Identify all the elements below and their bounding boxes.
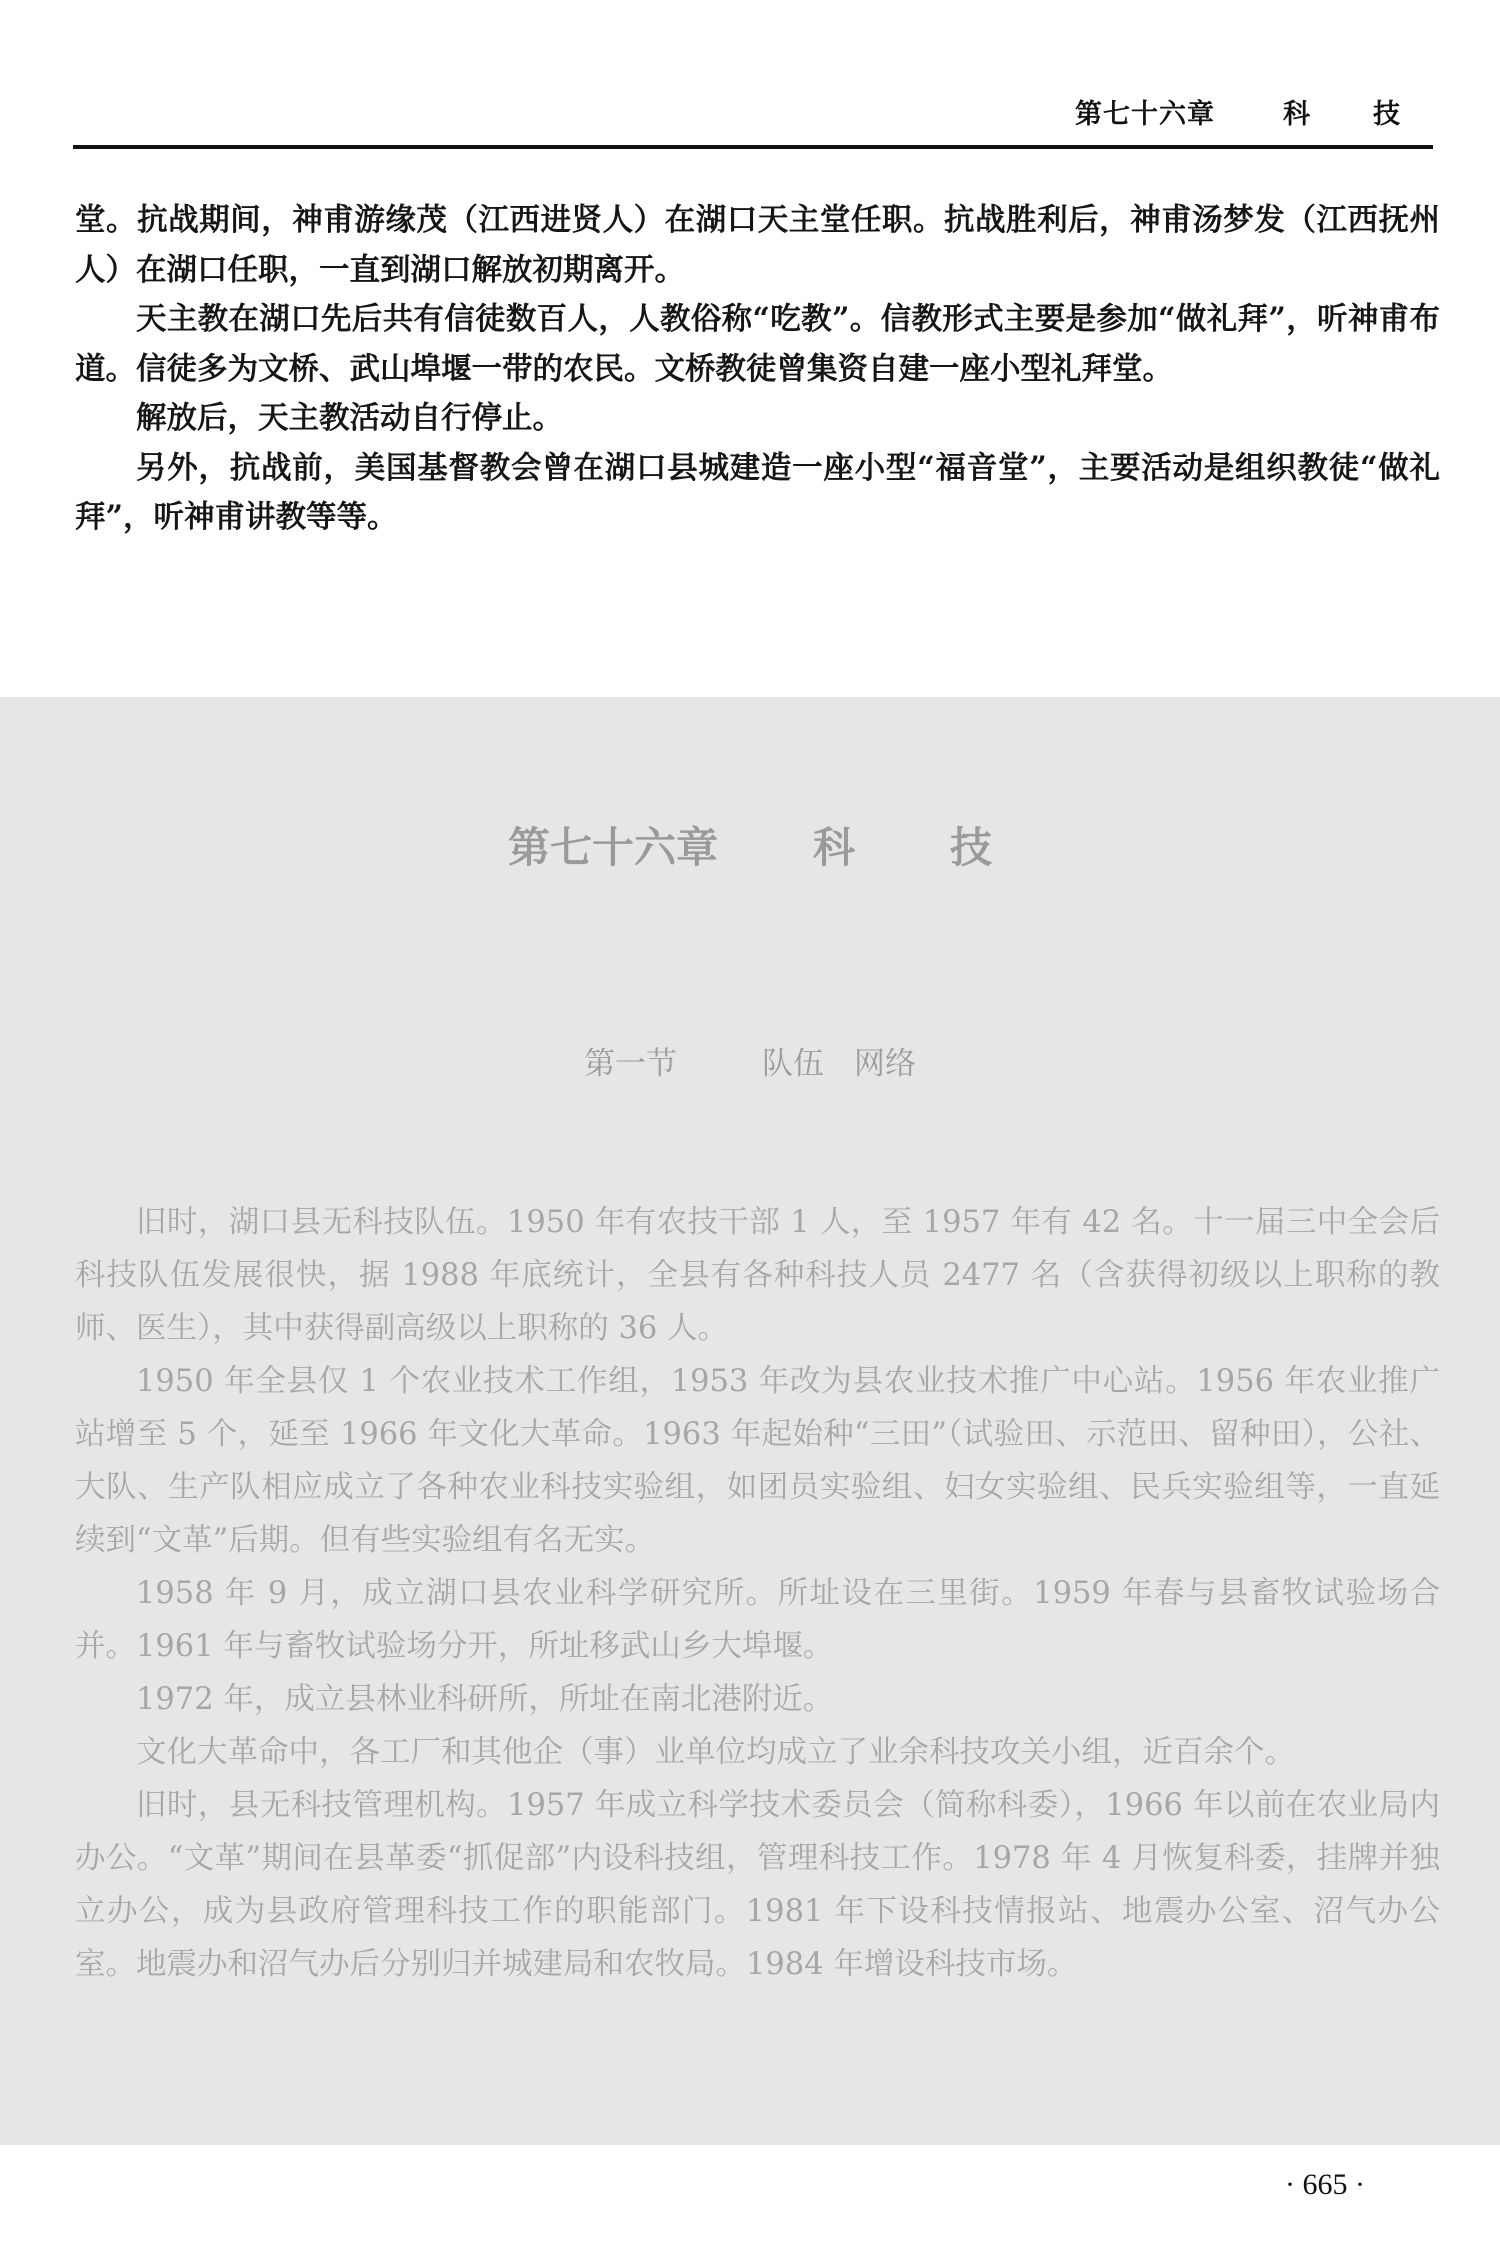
- page-number: · 665 ·: [1285, 2168, 1365, 2202]
- section-body: 旧时，湖口县无科技队伍。1950 年有农技干部 1 人，至 1957 年有 42…: [75, 1196, 1440, 1991]
- paragraph: 另外，抗战前，美国基督教会曾在湖口县城建造一座小型“福音堂”，主要活动是组织教徒…: [75, 444, 1440, 543]
- paragraph: 堂。抗战期间，神甫游缘茂（江西进贤人）在湖口天主堂任职。抗战胜利后，神甫汤梦发（…: [75, 196, 1440, 295]
- paragraph: 天主教在湖口先后共有信徒数百人，人教俗称“吃教”。信教形式主要是参加“做礼拜”，…: [75, 295, 1440, 394]
- running-head-title-char: 技: [1373, 92, 1400, 131]
- chapter-title-char: 科: [813, 815, 855, 875]
- paragraph: 1950 年全县仅 1 个农业技术工作组，1953 年改为县农业技术推广中心站。…: [75, 1355, 1440, 1567]
- header-rule: [73, 145, 1433, 149]
- paragraph: 1958 年 9 月，成立湖口县农业科学研究所。所址设在三里街。1959 年春与…: [75, 1567, 1440, 1673]
- top-text-block: 堂。抗战期间，神甫游缘茂（江西进贤人）在湖口天主堂任职。抗战胜利后，神甫汤梦发（…: [75, 196, 1440, 543]
- chapter-title-char: 技: [950, 815, 992, 875]
- paragraph: 旧时，县无科技管理机构。1957 年成立科学技术委员会（简称科委），1966 年…: [75, 1779, 1440, 1991]
- section-number: 第一节: [584, 1046, 677, 1082]
- paragraph: 解放后，天主教活动自行停止。: [75, 394, 1440, 444]
- running-head-chapter: 第七十六章: [1075, 92, 1215, 131]
- running-head: 第七十六章 科 技: [1075, 92, 1415, 132]
- chapter-title: 第七十六章科技: [0, 815, 1500, 875]
- section-word: 网络: [854, 1046, 916, 1082]
- running-head-title-char: 科: [1283, 92, 1310, 131]
- chapter-number: 第七十六章: [508, 815, 718, 875]
- section-word: 队伍: [762, 1046, 824, 1082]
- paragraph: 1972 年，成立县林业科研所，所址在南北港附近。: [75, 1673, 1440, 1726]
- paragraph: 文化大革命中，各工厂和其他企（事）业单位均成立了业余科技攻关小组，近百余个。: [75, 1726, 1440, 1779]
- paragraph: 旧时，湖口县无科技队伍。1950 年有农技干部 1 人，至 1957 年有 42…: [75, 1196, 1440, 1355]
- section-title: 第一节队伍网络: [0, 1038, 1500, 1083]
